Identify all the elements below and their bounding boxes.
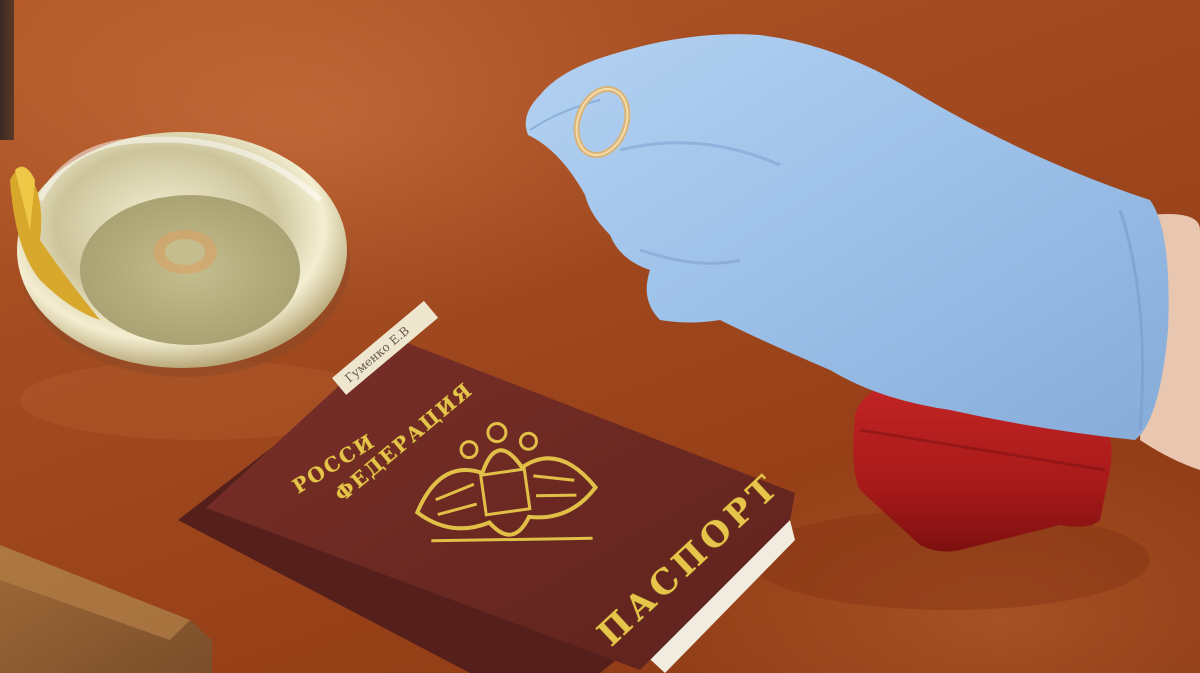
silver-dish xyxy=(10,132,350,377)
wooden-block xyxy=(0,545,212,673)
scene-drawing xyxy=(0,0,1200,673)
photo-scene: Гуменко Е.В РОССИ ФЕДЕРАЦИЯ ПАСПОРТ xyxy=(0,0,1200,673)
